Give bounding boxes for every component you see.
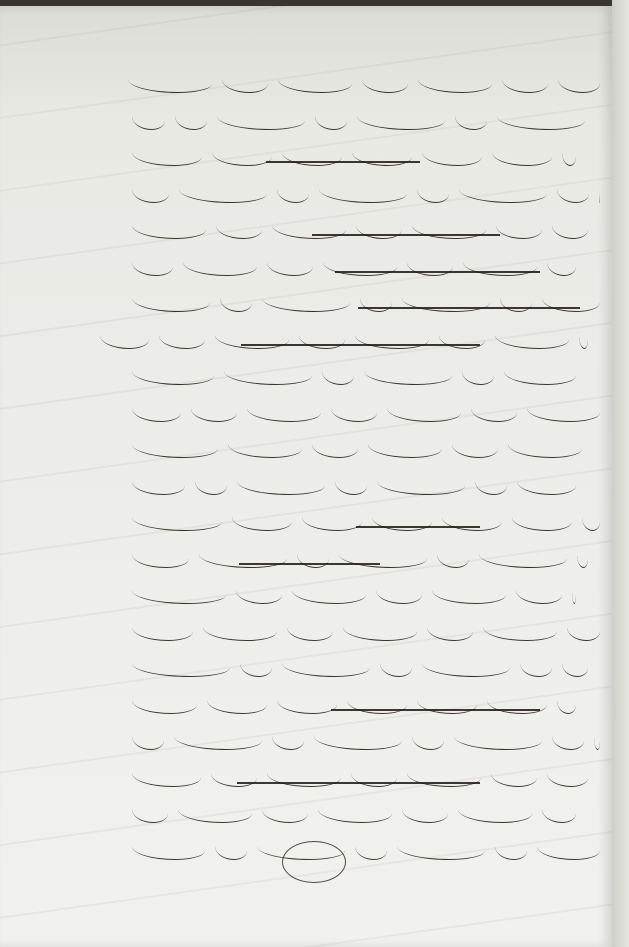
ink-word	[496, 216, 542, 239]
ink-word	[516, 581, 562, 604]
ink-word	[594, 727, 600, 750]
ink-word	[520, 654, 552, 677]
ink-word	[368, 435, 442, 458]
ink-word	[132, 764, 201, 787]
ink-word	[495, 326, 569, 349]
ink-word	[537, 837, 600, 860]
ink-word	[132, 727, 164, 750]
ink-word	[132, 654, 230, 677]
ink-word	[452, 435, 498, 458]
ink-word	[462, 362, 494, 385]
ink-word	[178, 800, 252, 823]
ink-word	[132, 691, 197, 714]
ink-word	[247, 399, 321, 422]
strikethrough	[312, 234, 500, 236]
ink-word	[228, 435, 302, 458]
manuscript-line: [illegible]	[0, 502, 612, 536]
ink-word	[132, 800, 168, 823]
ink-word	[282, 654, 370, 677]
strikethrough	[266, 161, 420, 163]
ink-word	[240, 654, 272, 677]
ink-word	[557, 691, 576, 714]
ink-word	[132, 107, 165, 130]
manuscript-line: [illegible]	[0, 575, 612, 609]
ink-word	[542, 800, 576, 823]
closing-flourish	[282, 841, 346, 883]
ink-word	[277, 691, 337, 714]
ink-word	[132, 837, 205, 860]
ink-word	[222, 70, 268, 93]
ink-word	[100, 326, 149, 349]
ink-word	[567, 618, 600, 641]
ink-word	[582, 508, 600, 531]
ink-word	[128, 70, 212, 93]
ink-word	[552, 727, 584, 750]
ink-word	[483, 618, 557, 641]
ink-word	[517, 472, 576, 495]
ink-word	[331, 399, 377, 422]
ink-word	[427, 618, 473, 641]
ink-word	[599, 180, 600, 203]
ink-word	[262, 800, 308, 823]
ink-word	[132, 216, 206, 239]
ink-word	[492, 143, 552, 166]
ink-word	[207, 691, 267, 714]
ink-word	[527, 399, 600, 422]
ink-word	[437, 545, 469, 568]
ink-word	[237, 472, 325, 495]
ink-word	[422, 654, 510, 677]
ink-word	[132, 508, 222, 531]
manuscript-line: [illegible]	[0, 320, 612, 354]
ink-word	[318, 800, 392, 823]
ink-word	[355, 837, 387, 860]
manuscript-line: [illegible]	[0, 429, 612, 463]
ink-word	[572, 581, 576, 604]
strikethrough	[237, 782, 480, 784]
ink-word	[512, 508, 572, 531]
ink-word	[377, 472, 465, 495]
ink-word	[132, 399, 181, 422]
ink-word	[322, 362, 354, 385]
ink-word	[454, 727, 542, 750]
ink-word	[292, 581, 366, 604]
manuscript-line: [illegible] Mais aura [illegible]	[0, 721, 612, 755]
ink-word	[495, 837, 527, 860]
ink-word	[132, 581, 226, 604]
manuscript-line: [illegible]	[0, 539, 612, 573]
ink-word	[558, 70, 600, 93]
ink-word	[557, 180, 589, 203]
strikethrough	[356, 526, 480, 528]
ink-word	[458, 800, 532, 823]
ink-word	[224, 362, 312, 385]
ink-word	[132, 545, 189, 568]
ink-word	[459, 180, 547, 203]
ink-word	[362, 70, 408, 93]
manuscript-line: [illegible]	[0, 758, 612, 792]
ink-word	[132, 289, 210, 312]
ink-word	[174, 727, 262, 750]
ink-word	[212, 143, 272, 166]
ink-word	[215, 837, 247, 860]
manuscript-line: [illegible]	[0, 648, 612, 682]
ink-word	[412, 727, 444, 750]
ink-word	[364, 362, 452, 385]
ink-word	[203, 618, 277, 641]
ink-word	[220, 289, 252, 312]
manuscript-line: [illegible]	[0, 137, 612, 171]
ink-word	[314, 727, 402, 750]
manuscript-line: [illegible]	[0, 210, 612, 244]
strikethrough	[239, 563, 380, 565]
ink-word	[417, 180, 449, 203]
ink-word	[562, 654, 588, 677]
ink-word	[277, 180, 309, 203]
page-edge	[612, 0, 629, 947]
ink-word	[397, 837, 485, 860]
ink-word	[577, 545, 588, 568]
ink-word	[471, 399, 517, 422]
ink-word	[432, 581, 506, 604]
ink-word	[267, 253, 313, 276]
manuscript-line: [illegible]	[0, 283, 612, 317]
manuscript-line: [illegible]	[0, 685, 612, 719]
ink-word	[132, 362, 214, 385]
ink-word	[132, 143, 202, 166]
ink-word	[216, 216, 262, 239]
ink-word	[236, 581, 282, 604]
ink-word	[319, 180, 407, 203]
ink-word	[547, 764, 588, 787]
manuscript-line: [illegible]	[0, 356, 612, 390]
ink-word	[475, 472, 507, 495]
ink-word	[132, 253, 173, 276]
strikethrough	[335, 271, 540, 273]
ink-word	[491, 764, 537, 787]
ink-word	[562, 143, 576, 166]
ink-word	[357, 107, 445, 130]
ink-word	[380, 654, 412, 677]
manuscript-page: [illegible][illegible][illegible][illegi…	[0, 6, 612, 947]
ink-word	[312, 435, 358, 458]
strikethrough	[358, 307, 580, 309]
manuscript-line: [illegible]	[0, 393, 612, 427]
ink-word	[159, 326, 205, 349]
ink-word	[479, 545, 567, 568]
manuscript-line: [illegible]	[0, 101, 612, 135]
ink-word	[376, 581, 422, 604]
ink-word	[195, 472, 227, 495]
ink-word	[335, 472, 367, 495]
ink-word	[402, 800, 448, 823]
ink-word	[217, 107, 305, 130]
ink-word	[132, 435, 218, 458]
ink-word	[179, 180, 267, 203]
ink-word	[132, 618, 193, 641]
ink-word	[287, 618, 333, 641]
ink-word	[343, 618, 417, 641]
ink-word	[132, 472, 185, 495]
manuscript-line: [illegible]	[0, 794, 612, 828]
ink-word	[183, 253, 257, 276]
ink-word	[418, 70, 492, 93]
ink-word	[278, 70, 352, 93]
ink-word	[552, 216, 588, 239]
ink-word	[191, 399, 237, 422]
ink-word	[132, 180, 169, 203]
ink-word	[547, 253, 576, 276]
ink-word	[272, 727, 304, 750]
manuscript-line: [illegible]	[0, 64, 612, 98]
ink-word	[315, 107, 347, 130]
ink-word	[508, 435, 582, 458]
ink-word	[175, 107, 207, 130]
ink-word	[455, 107, 487, 130]
ink-word	[262, 289, 350, 312]
ink-word	[232, 508, 292, 531]
ink-word	[497, 107, 585, 130]
ink-word	[302, 508, 362, 531]
manuscript-line: [illegible]	[0, 466, 612, 500]
strikethrough	[331, 709, 540, 711]
ink-word	[502, 70, 548, 93]
ink-word	[579, 326, 588, 349]
ink-word	[387, 399, 461, 422]
ink-word	[422, 143, 482, 166]
ink-word	[504, 362, 576, 385]
manuscript-line: [illegible]	[0, 612, 612, 646]
manuscript-line: [illegible]	[0, 247, 612, 281]
manuscript-line: [illegible]	[0, 174, 612, 208]
strikethrough	[241, 344, 480, 346]
